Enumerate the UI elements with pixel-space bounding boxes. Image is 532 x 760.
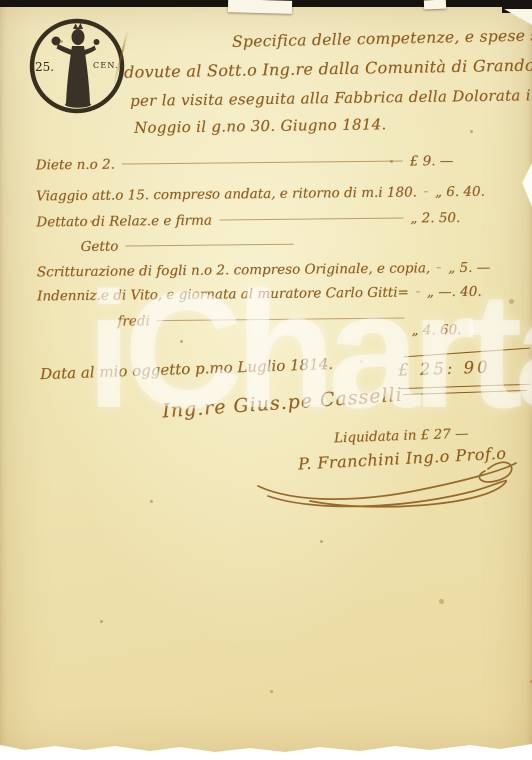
dash-fill bbox=[219, 218, 403, 221]
paper-tear bbox=[228, 0, 292, 14]
dash-fill bbox=[122, 161, 403, 165]
ledger-row: Scritturazione di fogli n.o 2. compreso … bbox=[37, 260, 483, 281]
dash-fill bbox=[424, 191, 428, 192]
dash-fill bbox=[157, 318, 405, 322]
item-amount: „ —. 40. bbox=[427, 284, 499, 301]
item-amount: „ 6. 40. bbox=[435, 183, 507, 200]
item-desc: Getto bbox=[81, 239, 119, 255]
item-amount: „ 2. 50. bbox=[410, 210, 482, 227]
item-desc: Dettato di Relaz.e e firma bbox=[36, 213, 212, 231]
ledger-row: fredi „ 4. 60. bbox=[117, 310, 483, 330]
ledger-row: Dettato di Relaz.e e firma „ 2. 50. bbox=[36, 210, 482, 231]
item-amount: „ 5. — bbox=[448, 259, 520, 276]
signature-flourish-icon bbox=[252, 450, 528, 512]
document-scan: 25. CEN. Specifica delle competenze, e s… bbox=[0, 0, 532, 760]
item-amount: „ 4. 60. bbox=[411, 322, 483, 339]
item-desc: Viaggio att.o 15. compreso andata, e rit… bbox=[36, 184, 417, 204]
dash-fill bbox=[437, 267, 441, 268]
dash-fill bbox=[416, 291, 420, 292]
total-amount: £ 25: 90 bbox=[398, 357, 491, 379]
item-desc: Scritturazione di fogli n.o 2. compreso … bbox=[37, 260, 430, 280]
ledger-row: Viaggio att.o 15. compreso andata, e rit… bbox=[36, 184, 482, 205]
ledger-row: Indenniz.e di Vito, e giornata al murato… bbox=[37, 284, 483, 305]
ledger-row: Getto bbox=[81, 237, 301, 255]
item-desc: Diete n.o 2. bbox=[36, 157, 115, 174]
paper-tear bbox=[424, 0, 446, 9]
item-desc: fredi bbox=[117, 313, 150, 329]
item-amount: £ 9. — bbox=[410, 153, 482, 170]
item-desc: Indenniz.e di Vito, e giornata al murato… bbox=[37, 285, 409, 305]
ledger-row: Diete n.o 2. £ 9. — bbox=[36, 153, 482, 174]
dash-fill bbox=[125, 244, 293, 247]
